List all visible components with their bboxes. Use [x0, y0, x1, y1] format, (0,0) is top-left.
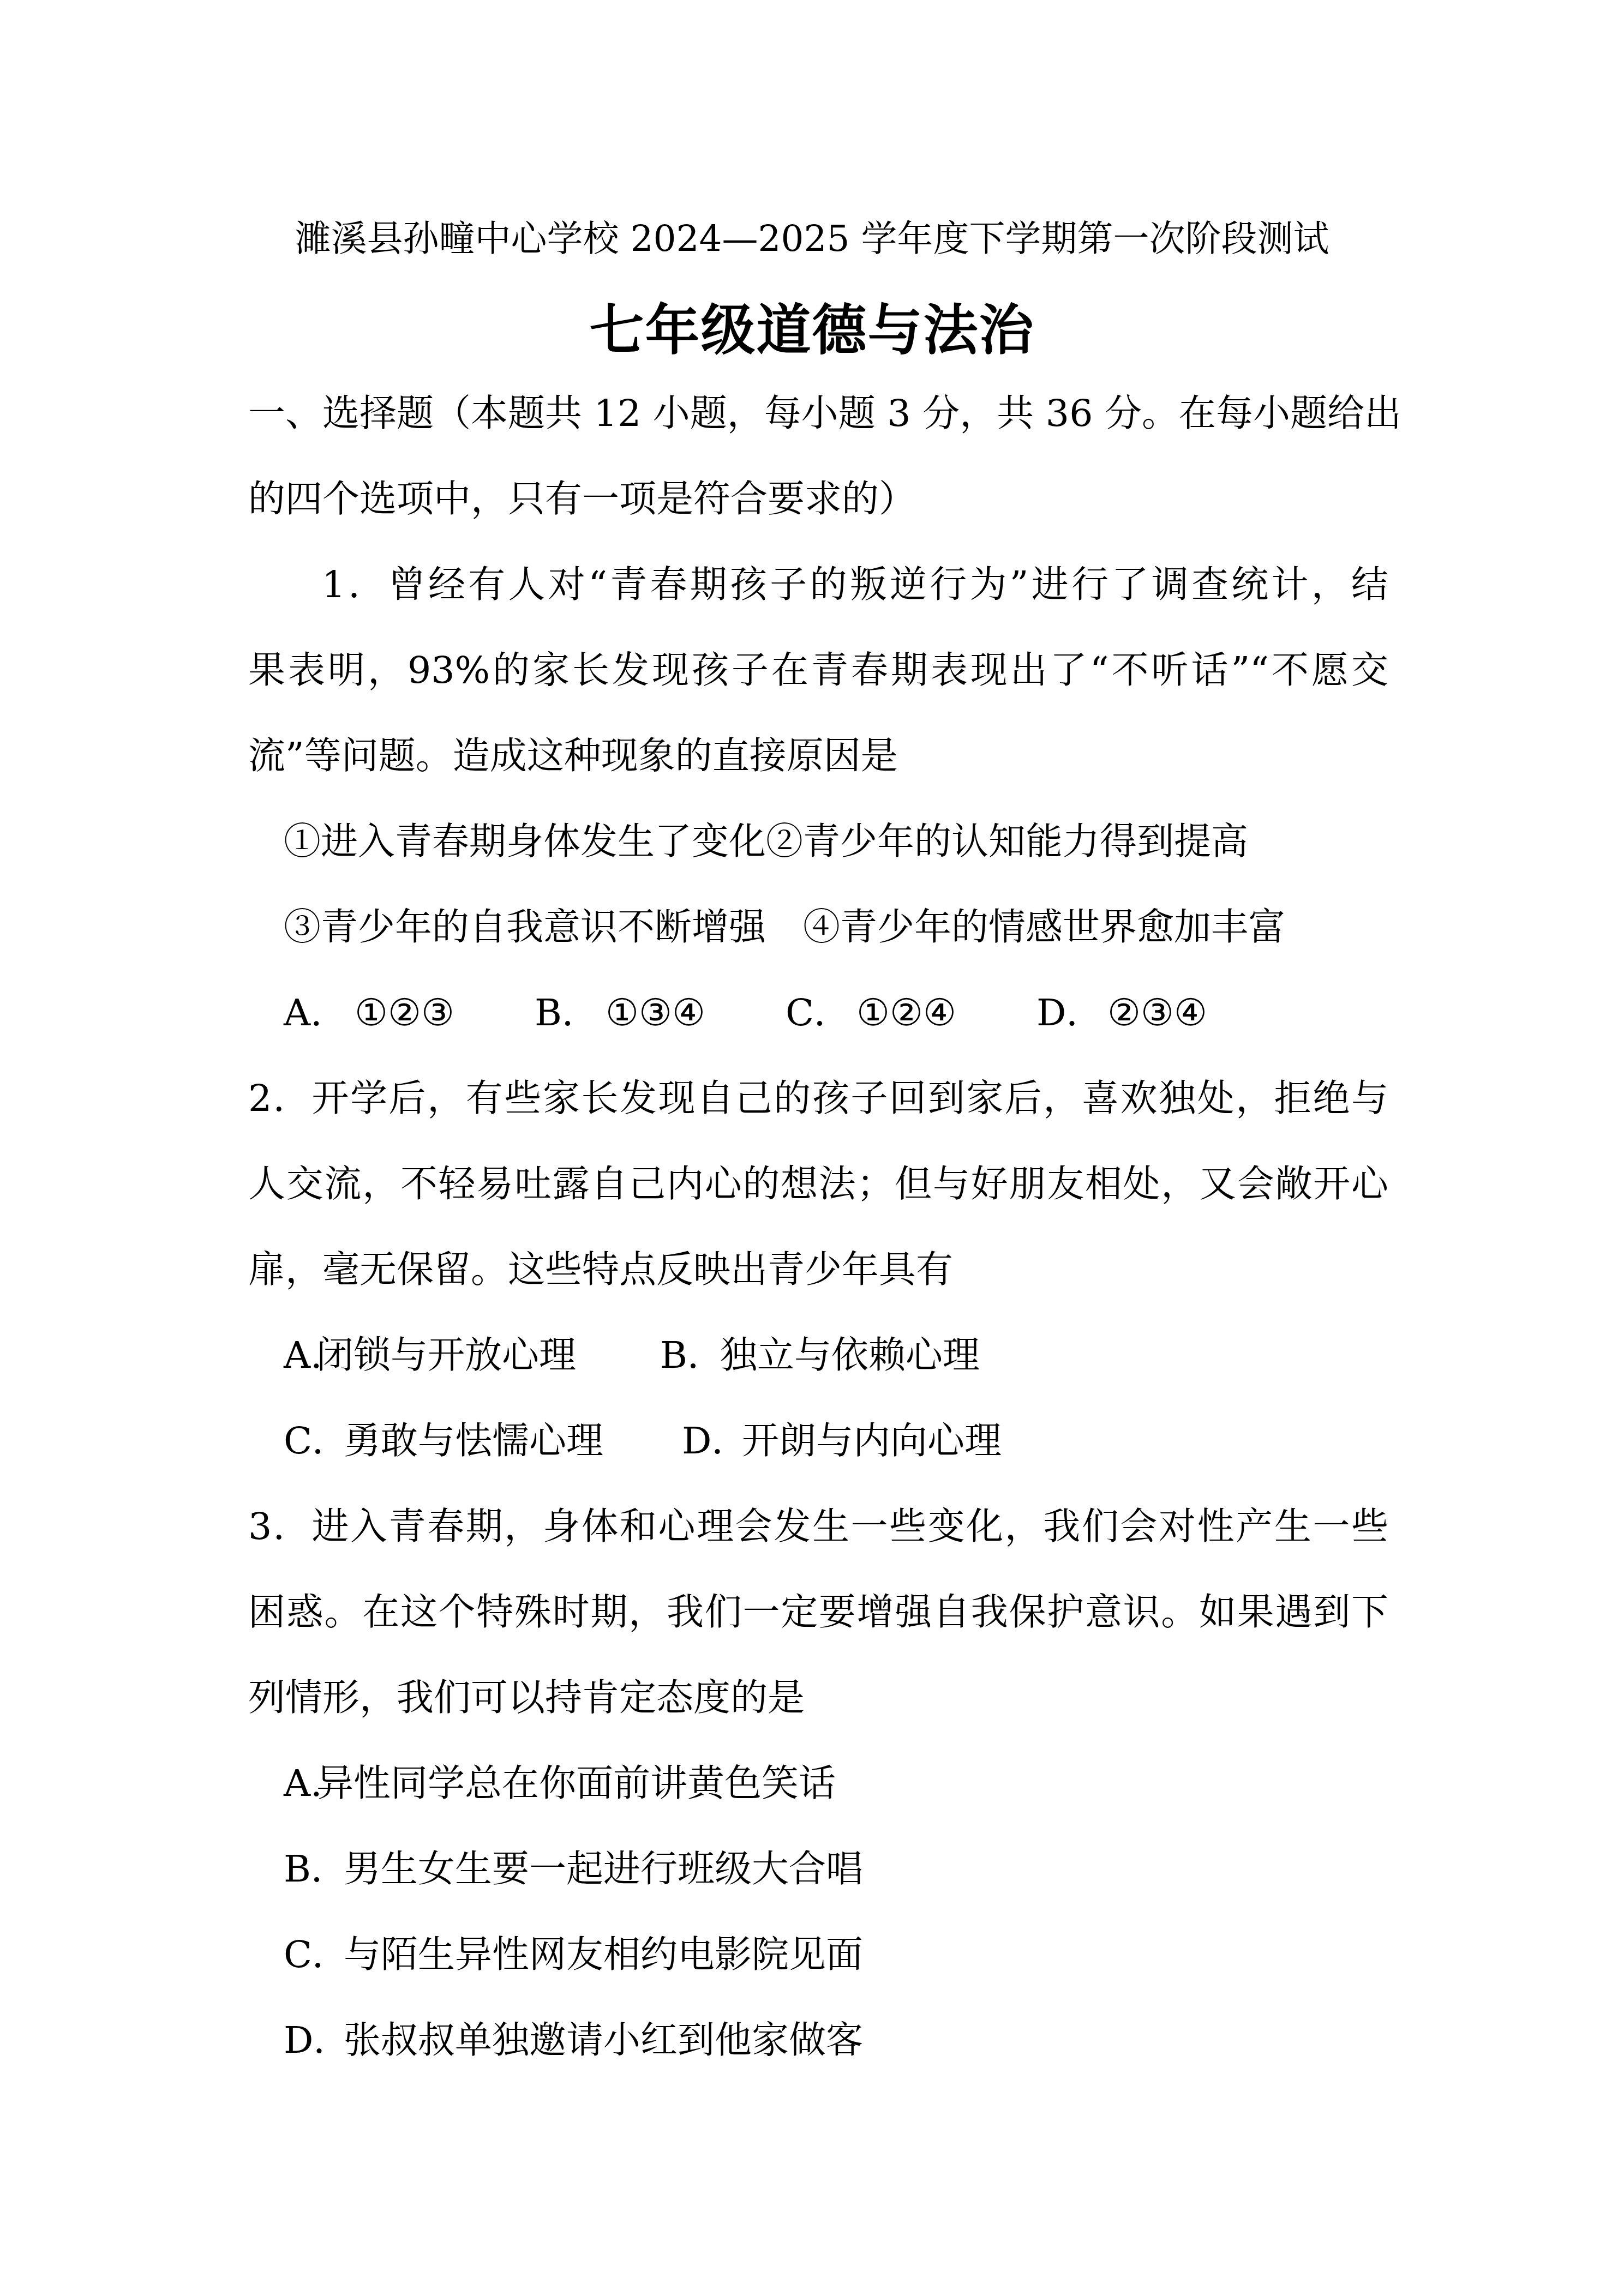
question-text: 扉，毫无保留。这些特点反映出青少年具有: [248, 1252, 953, 1289]
option-a-label: A.: [284, 1765, 316, 1802]
section-heading: 一、选择题（本题共 12 小题，每小题 3 分，共 36 分。在每小题给出: [248, 395, 1388, 432]
option-b-text: 独立与依赖心理: [720, 1337, 980, 1374]
option-c: C．与陌生异性网友相约电影院见面: [284, 1937, 863, 1974]
option-a-text: ①②③: [355, 995, 535, 1032]
exam-header-school: 濉溪县孙疃中心学校 2024—2025 学年度下学期第一次阶段测试: [0, 221, 1624, 257]
option-d: D．张叔叔单独邀请小红到他家做客: [284, 2022, 863, 2059]
option-a-text: 异性同学总在你面前讲黄色笑话: [316, 1765, 836, 1802]
option-b-label: B．: [660, 1337, 720, 1374]
option-d-label: D．: [1036, 995, 1107, 1032]
option-d-text: ②③④: [1107, 995, 1207, 1032]
question-text: 1．曾经有人对“青春期孩子的叛逆行为”进行了调查统计，结: [322, 567, 1388, 604]
option-c-text: 与陌生异性网友相约电影院见面: [344, 1937, 863, 1974]
option-d-text: 张叔叔单独邀请小红到他家做客: [344, 2022, 863, 2059]
section-heading-cont: 的四个选项中，只有一项是符合要求的）: [248, 481, 916, 518]
exam-page: 濉溪县孙疃中心学校 2024—2025 学年度下学期第一次阶段测试 七年级道德与…: [0, 0, 1624, 2296]
option-c-label: C．: [284, 1937, 344, 1974]
exam-title: 七年级道德与法治: [0, 303, 1624, 357]
option-c-text: 勇敢与怯懦心理: [344, 1423, 682, 1460]
option-b-label: B．: [284, 1851, 344, 1888]
option-a-label: A.: [284, 995, 355, 1032]
option-row: A.闭锁与开放心理B．独立与依赖心理: [284, 1337, 980, 1374]
question-text: 3．进入青春期，身体和心理会发生一些变化，我们会对性产生一些: [248, 1508, 1388, 1546]
question-text: 果表明，93%的家长发现孩子在青春期表现出了“不听话”“不愿交: [248, 652, 1388, 689]
option-b: B．男生女生要一起进行班级大合唱: [284, 1851, 863, 1888]
statement: ③青少年的自我意识不断增强 ④青少年的情感世界愈加丰富: [284, 909, 1285, 946]
option-c-label: C．: [786, 995, 856, 1032]
question-text: 列情形，我们可以持肯定态度的是: [248, 1680, 805, 1717]
question-text: 困惑。在这个特殊时期，我们一定要增强自我保护意识。如果遇到下: [248, 1594, 1388, 1631]
question-text: 2．开学后，有些家长发现自己的孩子回到家后，喜欢独处，拒绝与: [248, 1080, 1388, 1117]
option-a-label: A.: [284, 1337, 316, 1374]
question-text: 人交流，不轻易吐露自己内心的想法；但与好朋友相处，又会敞开心: [248, 1166, 1388, 1203]
option-c-label: C．: [284, 1423, 344, 1460]
option-row: A.①②③B．①③④C．①②④D．②③④: [284, 995, 1207, 1032]
option-b-text: 男生女生要一起进行班级大合唱: [344, 1851, 863, 1888]
statement: ①进入青春期身体发生了变化②青少年的认知能力得到提高: [284, 824, 1248, 861]
option-d-label: D．: [682, 1423, 742, 1460]
option-c-text: ①②④: [856, 995, 1036, 1032]
option-d-text: 开朗与内向心理: [742, 1423, 1002, 1460]
question-text: 流”等问题。造成这种现象的直接原因是: [248, 738, 898, 775]
option-a-text: 闭锁与开放心理: [316, 1337, 660, 1374]
option-d-label: D．: [284, 2022, 344, 2059]
option-a: A.异性同学总在你面前讲黄色笑话: [284, 1765, 836, 1802]
option-row: C．勇敢与怯懦心理D．开朗与内向心理: [284, 1423, 1002, 1460]
option-b-label: B．: [535, 995, 606, 1032]
option-b-text: ①③④: [606, 995, 786, 1032]
